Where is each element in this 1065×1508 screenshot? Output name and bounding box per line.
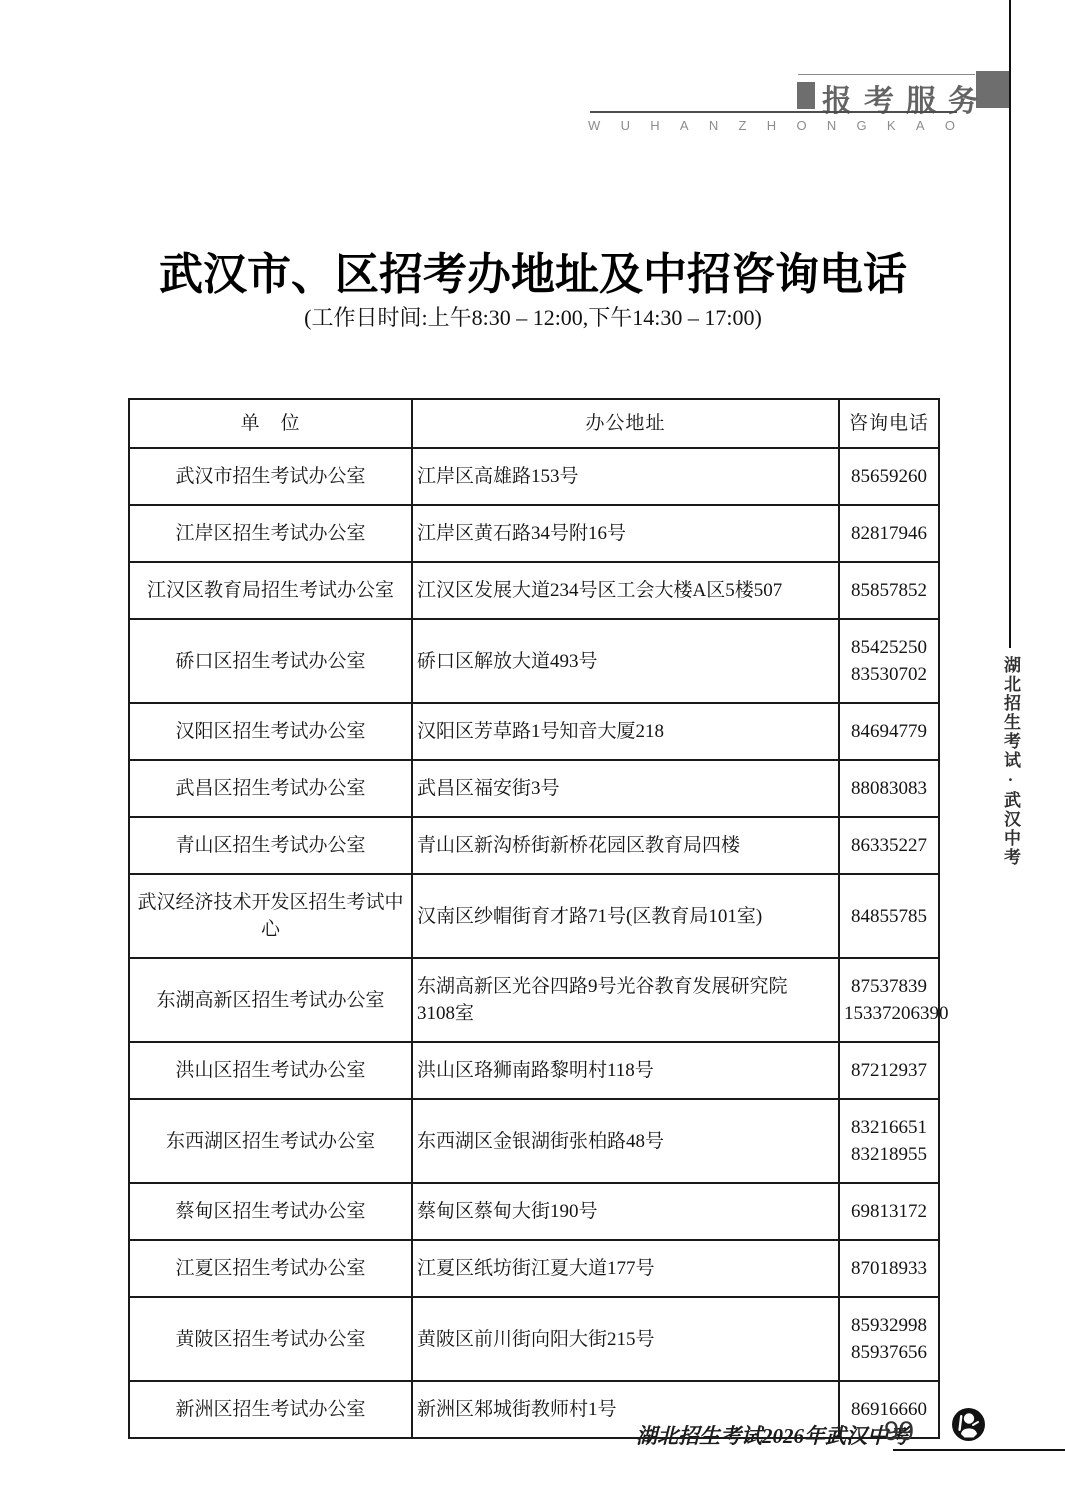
phone-cell-line: 86335227	[844, 832, 934, 859]
unit-cell-line: 黄陂区招生考试办公室	[134, 1326, 407, 1353]
header-top-rule	[798, 74, 975, 75]
unit-cell-line: 蔡甸区招生考试办公室	[134, 1198, 407, 1225]
header-letter: U	[621, 118, 630, 133]
unit-cell-line: 武汉市招生考试办公室	[134, 463, 407, 490]
address-cell-line: 青山区新沟桥街新桥花园区教育局四楼	[417, 832, 834, 859]
unit-cell-line: 新洲区招生考试办公室	[134, 1396, 407, 1423]
unit-cell: 硚口区招生考试办公室	[129, 619, 412, 703]
phone-cell: 8542525083530702	[839, 619, 939, 703]
unit-cell: 东湖高新区招生考试办公室	[129, 958, 412, 1042]
phone-cell: 88083083	[839, 760, 939, 817]
phone-cell: 87212937	[839, 1042, 939, 1099]
unit-cell: 武汉经济技术开发区招生考试中心	[129, 874, 412, 958]
header-category-label: 报考服务	[822, 76, 990, 120]
unit-cell-line: 东湖高新区招生考试办公室	[134, 987, 407, 1014]
phone-cell-line: 84694779	[844, 718, 934, 745]
footer-rule	[893, 1449, 1065, 1451]
address-cell-line: 黄陂区前川街向阳大街215号	[417, 1326, 834, 1353]
document-page: 报考服务 WUHANZHONGKAO 湖北招生考试·武汉中考 武汉市、区招考办地…	[0, 0, 1065, 1508]
address-cell: 武昌区福安街3号	[412, 760, 839, 817]
address-cell: 东西湖区金银湖街张柏路48号	[412, 1099, 839, 1183]
address-cell-line: 汉南区纱帽街育才路71号(区教育局101室)	[417, 903, 834, 930]
header-letter: N	[827, 118, 836, 133]
address-cell-line: 硚口区解放大道493号	[417, 648, 834, 675]
unit-cell-line: 东西湖区招生考试办公室	[134, 1128, 407, 1155]
header-letter: K	[887, 118, 896, 133]
table-row: 东西湖区招生考试办公室东西湖区金银湖街张柏路48号832166518321895…	[129, 1099, 939, 1183]
unit-cell: 江夏区招生考试办公室	[129, 1240, 412, 1297]
phone-cell-line: 85857852	[844, 577, 934, 604]
header-letter: A	[916, 118, 925, 133]
header-letter: H	[650, 118, 659, 133]
table-row: 江夏区招生考试办公室江夏区纸坊街江夏大道177号87018933	[129, 1240, 939, 1297]
column-header-address: 办公地址	[412, 399, 839, 448]
phone-cell: 84694779	[839, 703, 939, 760]
phone-cell-line: 88083083	[844, 775, 934, 802]
phone-cell-line: 87018933	[844, 1255, 934, 1282]
unit-cell: 青山区招生考试办公室	[129, 817, 412, 874]
table-row: 黄陂区招生考试办公室黄陂区前川街向阳大街215号8593299885937656	[129, 1297, 939, 1381]
column-header-unit: 单 位	[129, 399, 412, 448]
address-cell-line: 江岸区黄石路34号附16号	[417, 520, 834, 547]
address-cell: 洪山区珞狮南路黎明村118号	[412, 1042, 839, 1099]
phone-cell: 85659260	[839, 448, 939, 505]
unit-cell: 东西湖区招生考试办公室	[129, 1099, 412, 1183]
phone-cell-line: 85425250	[844, 634, 934, 661]
unit-cell: 新洲区招生考试办公室	[129, 1381, 412, 1438]
phone-cell-line: 83530702	[844, 661, 934, 688]
unit-cell: 洪山区招生考试办公室	[129, 1042, 412, 1099]
header-left-square	[797, 82, 815, 109]
phone-cell-line: 87537839	[844, 973, 934, 1000]
column-header-phone: 咨询电话	[839, 399, 939, 448]
table-row: 汉阳区招生考试办公室汉阳区芳草路1号知音大厦21884694779	[129, 703, 939, 760]
phone-cell-line: 85659260	[844, 463, 934, 490]
address-cell: 江汉区发展大道234号区工会大楼A区5楼507	[412, 562, 839, 619]
unit-cell-line: 武昌区招生考试办公室	[134, 775, 407, 802]
address-cell-line: 汉阳区芳草路1号知音大厦218	[417, 718, 834, 745]
unit-cell: 武昌区招生考试办公室	[129, 760, 412, 817]
phone-cell-line: 85932998	[844, 1312, 934, 1339]
phone-cell: 87018933	[839, 1240, 939, 1297]
table-row: 武汉市招生考试办公室江岸区高雄路153号85659260	[129, 448, 939, 505]
unit-cell: 蔡甸区招生考试办公室	[129, 1183, 412, 1240]
address-cell: 东湖高新区光谷四路9号光谷教育发展研究院3108室	[412, 958, 839, 1042]
address-cell: 青山区新沟桥街新桥花园区教育局四楼	[412, 817, 839, 874]
phone-cell: 8593299885937656	[839, 1297, 939, 1381]
address-cell: 蔡甸区蔡甸大街190号	[412, 1183, 839, 1240]
table-header-row: 单 位 办公地址 咨询电话	[129, 399, 939, 448]
contact-table: 单 位 办公地址 咨询电话 武汉市招生考试办公室江岸区高雄路153号856592…	[128, 398, 940, 1439]
address-cell-line: 3108室	[417, 1000, 834, 1027]
phone-cell-line: 87212937	[844, 1057, 934, 1084]
phone-cell: 82817946	[839, 505, 939, 562]
header-letter: A	[680, 118, 689, 133]
unit-cell-line: 江汉区教育局招生考试办公室	[134, 577, 407, 604]
address-cell-line: 江岸区高雄路153号	[417, 463, 834, 490]
page-subtitle: (工作日时间:上午8:30 – 12:00,下午14:30 – 17:00)	[128, 301, 938, 332]
address-cell: 江岸区黄石路34号附16号	[412, 505, 839, 562]
unit-cell-line: 青山区招生考试办公室	[134, 832, 407, 859]
phone-cell-line: 83216651	[844, 1114, 934, 1141]
address-cell: 黄陂区前川街向阳大街215号	[412, 1297, 839, 1381]
phone-cell-line: 15337206390	[844, 1000, 934, 1027]
phone-cell-line: 69813172	[844, 1198, 934, 1225]
phone-cell: 8753783915337206390	[839, 958, 939, 1042]
address-cell-line: 江夏区纸坊街江夏大道177号	[417, 1255, 834, 1282]
header-letter: Z	[739, 118, 747, 133]
unit-cell-line: 江岸区招生考试办公室	[134, 520, 407, 547]
unit-cell-line: 汉阳区招生考试办公室	[134, 718, 407, 745]
address-cell-line: 江汉区发展大道234号区工会大楼A区5楼507	[417, 577, 834, 604]
header-letter: O	[796, 118, 806, 133]
table-row: 江汉区教育局招生考试办公室江汉区发展大道234号区工会大楼A区5楼5078585…	[129, 562, 939, 619]
table-row: 洪山区招生考试办公室洪山区珞狮南路黎明村118号87212937	[129, 1042, 939, 1099]
address-cell-line: 武昌区福安街3号	[417, 775, 834, 802]
table-row: 东湖高新区招生考试办公室东湖高新区光谷四路9号光谷教育发展研究院3108室875…	[129, 958, 939, 1042]
mascot-seal-icon	[951, 1407, 986, 1442]
address-cell: 汉阳区芳草路1号知音大厦218	[412, 703, 839, 760]
unit-cell: 汉阳区招生考试办公室	[129, 703, 412, 760]
side-vertical-rule	[1009, 0, 1011, 648]
unit-cell-line: 江夏区招生考试办公室	[134, 1255, 407, 1282]
unit-cell-line: 武汉经济技术开发区招生考试中心	[134, 889, 407, 943]
phone-cell-line: 82817946	[844, 520, 934, 547]
phone-cell: 85857852	[839, 562, 939, 619]
unit-cell: 江汉区教育局招生考试办公室	[129, 562, 412, 619]
phone-cell-line: 84855785	[844, 903, 934, 930]
phone-cell: 86335227	[839, 817, 939, 874]
unit-cell: 黄陂区招生考试办公室	[129, 1297, 412, 1381]
table-row: 武昌区招生考试办公室武昌区福安街3号88083083	[129, 760, 939, 817]
table-body: 武汉市招生考试办公室江岸区高雄路153号85659260江岸区招生考试办公室江岸…	[129, 448, 939, 1438]
address-cell-line: 蔡甸区蔡甸大街190号	[417, 1198, 834, 1225]
unit-cell: 武汉市招生考试办公室	[129, 448, 412, 505]
table-row: 蔡甸区招生考试办公室蔡甸区蔡甸大街190号69813172	[129, 1183, 939, 1240]
header-underline-rule	[590, 111, 957, 113]
page-title: 武汉市、区招考办地址及中招咨询电话	[128, 238, 938, 302]
address-cell: 硚口区解放大道493号	[412, 619, 839, 703]
footer-journal-title: 湖北招生考试2026年武汉中考	[636, 1420, 909, 1450]
unit-cell: 江岸区招生考试办公室	[129, 505, 412, 562]
table-row: 青山区招生考试办公室青山区新沟桥街新桥花园区教育局四楼86335227	[129, 817, 939, 874]
phone-cell-line: 85937656	[844, 1339, 934, 1366]
header-letter: O	[945, 118, 955, 133]
header-letter: W	[588, 118, 600, 133]
table-row: 硚口区招生考试办公室硚口区解放大道493号8542525083530702	[129, 619, 939, 703]
address-cell-line: 新洲区邾城街教师村1号	[417, 1396, 834, 1423]
address-cell-line: 洪山区珞狮南路黎明村118号	[417, 1057, 834, 1084]
footer-page-number: 99	[884, 1416, 914, 1447]
side-vertical-label: 湖北招生考试·武汉中考	[998, 656, 1023, 867]
address-cell: 江岸区高雄路153号	[412, 448, 839, 505]
table-row: 武汉经济技术开发区招生考试中心汉南区纱帽街育才路71号(区教育局101室)848…	[129, 874, 939, 958]
address-cell-line: 东湖高新区光谷四路9号光谷教育发展研究院	[417, 973, 834, 1000]
header-letters: WUHANZHONGKAO	[588, 118, 955, 133]
phone-cell-line: 83218955	[844, 1141, 934, 1168]
table-row: 江岸区招生考试办公室江岸区黄石路34号附16号82817946	[129, 505, 939, 562]
unit-cell-line: 洪山区招生考试办公室	[134, 1057, 407, 1084]
header-letter: G	[857, 118, 867, 133]
header-letter: N	[709, 118, 718, 133]
phone-cell: 69813172	[839, 1183, 939, 1240]
address-cell: 汉南区纱帽街育才路71号(区教育局101室)	[412, 874, 839, 958]
unit-cell-line: 硚口区招生考试办公室	[134, 648, 407, 675]
address-cell-line: 东西湖区金银湖街张柏路48号	[417, 1128, 834, 1155]
header-letter: H	[767, 118, 776, 133]
phone-cell: 84855785	[839, 874, 939, 958]
address-cell: 江夏区纸坊街江夏大道177号	[412, 1240, 839, 1297]
phone-cell: 8321665183218955	[839, 1099, 939, 1183]
